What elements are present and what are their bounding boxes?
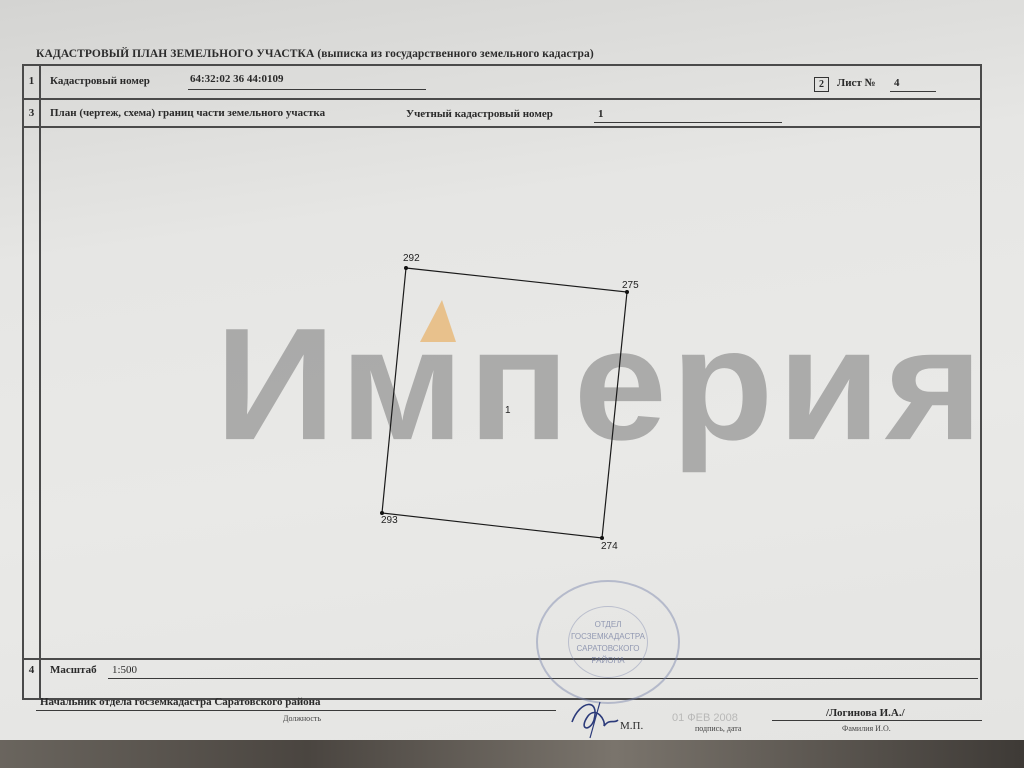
date-stamp: 01 ФЕВ 2008 <box>672 712 738 724</box>
stamp-text: САРАТОВСКОГО <box>538 644 678 654</box>
vertex-label-293: 293 <box>381 515 398 526</box>
vertex-label-292: 292 <box>403 253 420 264</box>
parcel-boundary <box>382 268 627 538</box>
signature-caption: подпись, дата <box>695 724 741 733</box>
vertex-point <box>600 536 604 540</box>
vertex-label-275: 275 <box>622 280 639 291</box>
position-title: Начальник отдела госземкадастра Саратовс… <box>40 696 321 708</box>
signature <box>560 690 680 745</box>
stamp-text: ГОСЗЕМКАДАСТРА <box>538 632 678 642</box>
vertex-point <box>404 266 408 270</box>
official-stamp: ОТДЕЛ ГОСЗЕМКАДАСТРА САРАТОВСКОГО РАЙОНА <box>536 580 680 704</box>
name-underline <box>772 720 982 721</box>
parcel-plan <box>0 0 1024 768</box>
position-caption: Должность <box>283 714 321 723</box>
stamp-text: РАЙОНА <box>538 656 678 666</box>
vertex-label-274: 274 <box>601 541 618 552</box>
name-caption: Фамилия И.О. <box>842 724 891 733</box>
parcel-number-label: 1 <box>505 405 511 416</box>
stamp-inner-ring <box>568 606 648 678</box>
stamp-text: ОТДЕЛ <box>538 620 678 630</box>
position-underline <box>36 710 556 711</box>
mp-label: М.П. <box>620 720 643 732</box>
signer-name: /Логинова И.А./ <box>826 707 905 719</box>
